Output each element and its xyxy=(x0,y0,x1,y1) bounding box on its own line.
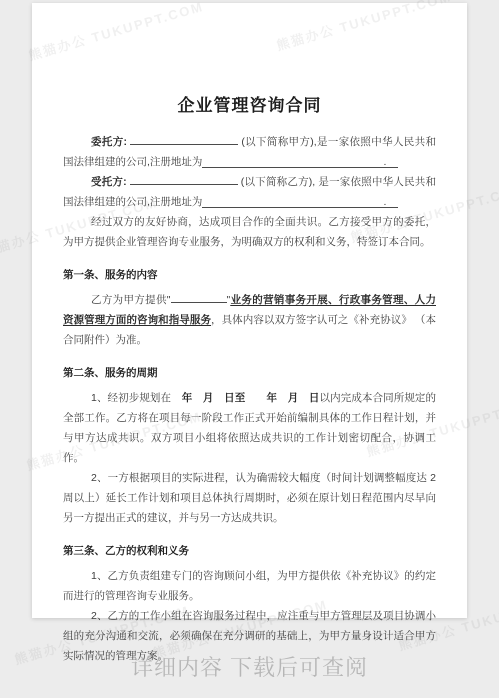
party-a-name-blank xyxy=(130,132,238,145)
party-a-address-blank: . xyxy=(202,156,398,168)
page-background: 企业管理咨询合同 委托方: (以下简称甲方),是一家依照中华人民共和国法律组建的… xyxy=(0,0,499,698)
section2-item1-lead: 1、经初步规划在 xyxy=(91,392,171,404)
preamble-text: 经过双方的友好协商，达成项目合作的全面共识。乙方接受甲方的委托，为甲方提供企业管… xyxy=(63,216,436,248)
footer-bar: 详细内容 下载后可查阅 xyxy=(0,618,499,698)
party-a-paragraph: 委托方: (以下简称甲方),是一家依照中华人民共和国法律组建的公司,注册地址为. xyxy=(63,132,436,172)
section2-item1-paragraph: 1、经初步规划在 年 月 日至 年 月 日以内完成本合同所规定的全部工作。乙方将… xyxy=(63,388,436,468)
party-b-name-blank xyxy=(130,172,238,185)
business-name-blank xyxy=(171,290,227,303)
document-page: 企业管理咨询合同 委托方: (以下简称甲方),是一家依照中华人民共和国法律组建的… xyxy=(32,3,467,618)
section1-heading: 第一条、服务的内容 xyxy=(63,265,436,285)
section1-lead: 乙方为甲方提供 xyxy=(91,294,167,306)
section3-item1-paragraph: 1、乙方负责组建专门的咨询顾问小组，为甲方提供依《补充协议》的约定而进行的管理咨… xyxy=(63,566,436,606)
download-notice: 详细内容 下载后可查阅 xyxy=(131,651,368,682)
preamble-paragraph: 经过双方的友好协商，达成项目合作的全面共识。乙方接受甲方的委托，为甲方提供企业管… xyxy=(63,212,436,252)
section3-item1-text: 1、乙方负责组建专门的咨询顾问小组，为甲方提供依《补充协议》的约定而进行的管理咨… xyxy=(63,570,436,602)
section2-heading: 第二条、服务的周期 xyxy=(63,363,436,383)
section3-heading: 第三条、乙方的权利和义务 xyxy=(63,541,436,561)
date-fields: 年 月 日至 年 月 日 xyxy=(171,392,319,404)
party-b-label: 受托方: xyxy=(91,176,127,188)
party-a-label: 委托方: xyxy=(91,136,127,148)
section2-item2-paragraph: 2、一方根据项目的实际进程，认为确需较大幅度（时间计划调整幅度达 2 周以上）延… xyxy=(63,468,436,528)
section1-paragraph: 乙方为甲方提供""业务的营销事务开展、行政事务管理、人力资源管理方面的咨询和指导… xyxy=(63,290,436,350)
party-a-address-mark: . xyxy=(384,156,387,168)
section2-item2-text: 2、一方根据项目的实际进程，认为确需较大幅度（时间计划调整幅度达 2 周以上）延… xyxy=(63,472,436,524)
party-b-paragraph: 受托方: (以下简称乙方), 是一家依照中华人民共和国法律组建的公司,注册地址为… xyxy=(63,172,436,212)
party-b-address-mark: . xyxy=(384,196,387,208)
doc-title: 企业管理咨询合同 xyxy=(63,91,436,116)
party-b-address-blank: . xyxy=(202,196,398,208)
